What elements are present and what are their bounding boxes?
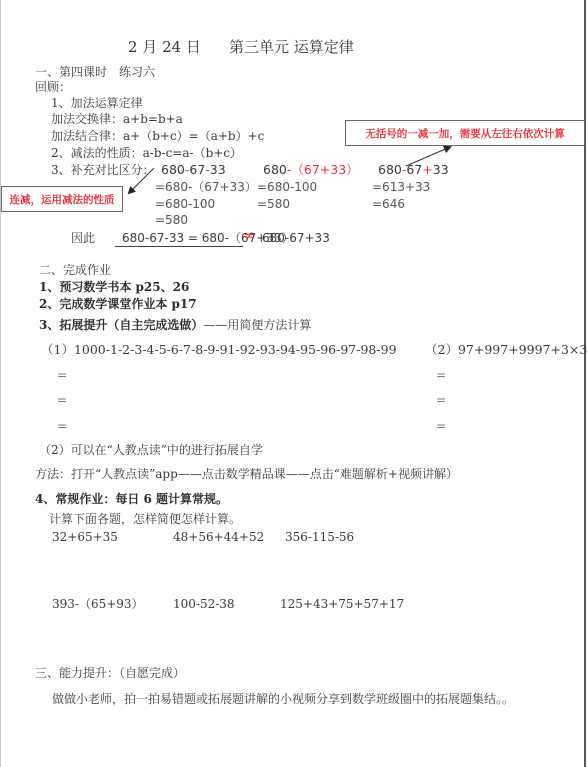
problem-1-step: = <box>57 393 67 407</box>
calc-item: 32+65+35 <box>52 530 118 544</box>
section2-heading: 二、完成作业 <box>39 263 111 277</box>
section3-heading: 三、能力提升：（自愿完成） <box>35 666 185 680</box>
task-3: 3、拓展提升（自主完成选做）——用简便方法计算 <box>39 318 311 332</box>
task-2: 2、完成数学课堂作业本 p17 <box>39 297 197 311</box>
problem-2-step: = <box>436 393 446 407</box>
task-4: 4、常规作业：每日 6 题计算常规。 <box>35 492 228 506</box>
problem-1-step: = <box>57 368 67 382</box>
problem-1-step: = <box>57 419 67 433</box>
section3-body: 做做小老师，拍一拍易错题或拓展题讲解的小视频分享到数学班级圈中的拓展题集结。。 <box>52 692 514 706</box>
document-page: 2 月 24 日 第三单元 运算定律 一、第四课时 练习六 回顾： 1、加法运算… <box>0 0 586 767</box>
calc-item: 125+43+75+57+17 <box>280 597 404 611</box>
task-1: 1、预习数学书本 p25、26 <box>39 280 189 294</box>
calc-item: 393-（65+93） <box>52 597 144 611</box>
self-study: （2）可以在“人教点读”中的进行拓展自学 <box>39 443 263 457</box>
calc-item: 100-52-38 <box>173 597 235 611</box>
task-4-instruction: 计算下面各题，怎样简便怎样计算。 <box>49 512 241 526</box>
problem-2: （2）97+997+9997+3×3 <box>425 343 587 357</box>
problem-2-step: = <box>436 419 446 433</box>
problem-1: （1）1000-1-2-3-4-5-6-7-8-9-91-92-93-94-95… <box>41 343 397 357</box>
calc-item: 48+56+44+52 <box>173 530 264 544</box>
annotation-arrows <box>1 0 588 767</box>
calc-item: 356-115-56 <box>285 530 354 544</box>
problem-2-step: = <box>436 368 446 382</box>
method: 方法：打开“人教点读”app——点击数学精品课——点击“难题解析+视频讲解） <box>35 467 458 481</box>
